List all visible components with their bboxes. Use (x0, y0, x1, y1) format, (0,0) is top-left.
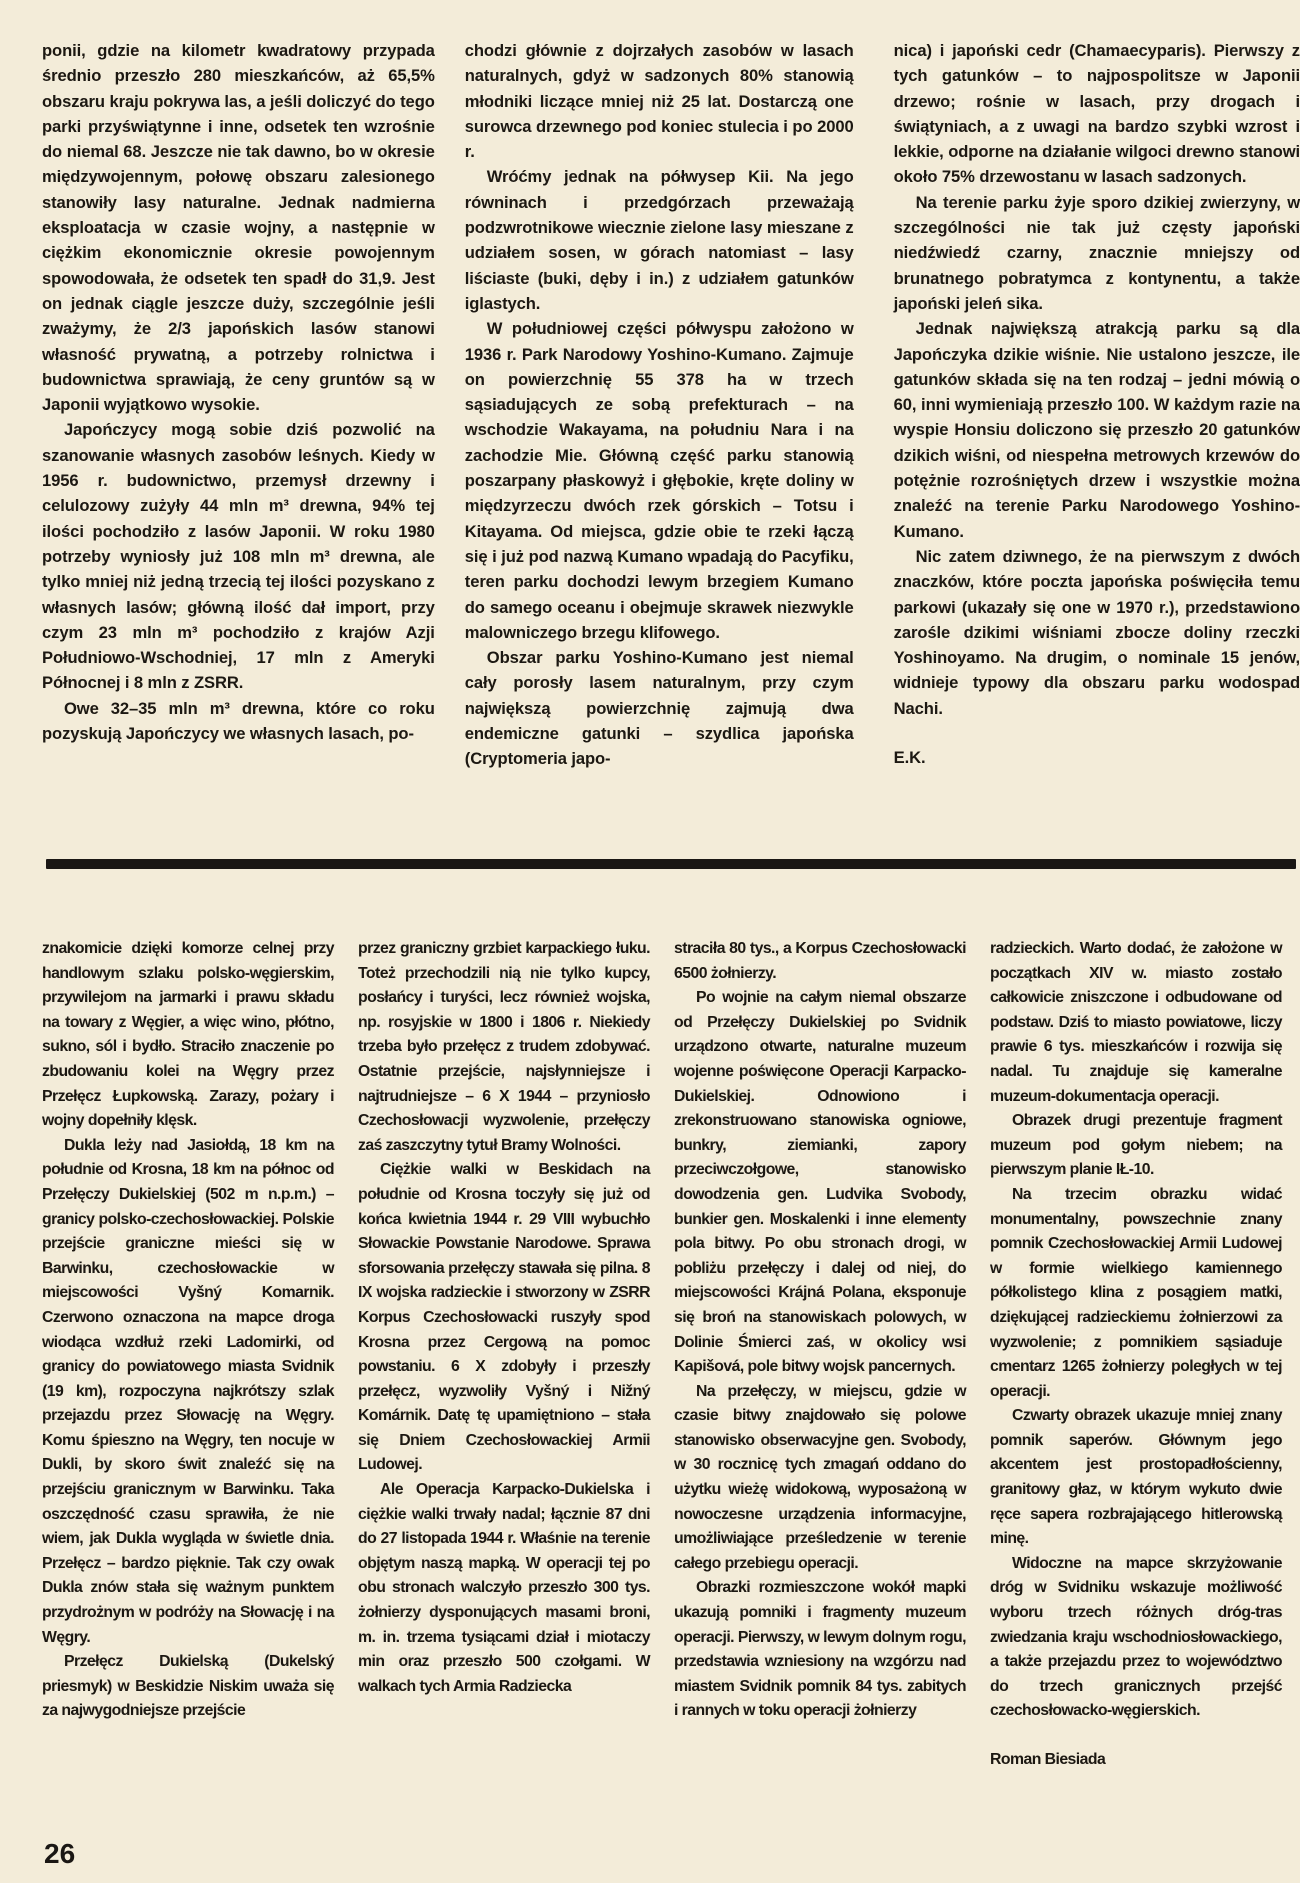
paragraph: Ale Operacja Karpacko-Dukielska i ciężki… (358, 1478, 650, 1699)
paragraph: W południowej części półwyspu założono w… (465, 316, 854, 645)
paragraph: radzieckich. Warto dodać, że założone w … (990, 937, 1282, 1109)
bottom-column-1: znakomicie dzięki komorze celnej przy ha… (42, 937, 334, 1687)
paragraph: Przełęcz Dukielską (Dukelský priesmyk) w… (42, 1650, 334, 1724)
article-top-japan-forests: ponii, gdzie na kilometr kwadratowy przy… (42, 38, 1300, 798)
article-bottom-dukla-pass: znakomicie dzięki komorze celnej przy ha… (42, 937, 1282, 1687)
top-column-2: chodzi głównie z dojrzałych zasobów w la… (465, 38, 854, 798)
paragraph: znakomicie dzięki komorze celnej przy ha… (42, 937, 334, 1134)
paragraph: Widoczne na mapce skrzyżowanie dróg w Sv… (990, 1552, 1282, 1724)
paragraph: Japończycy mogą sobie dziś pozwolić na s… (42, 417, 435, 695)
bottom-column-2: przez graniczny grzbiet karpackiego łuku… (358, 937, 650, 1687)
bottom-column-3: straciła 80 tys., a Korpus Czechosłowack… (674, 937, 966, 1687)
paragraph: Nic zatem dziwnego, że na pierwszym z dw… (894, 544, 1300, 721)
paragraph: Owe 32–35 mln m³ drewna, które co roku p… (42, 696, 435, 747)
paragraph: przez graniczny grzbiet karpackiego łuku… (358, 937, 650, 1158)
section-divider-rule (46, 859, 1296, 869)
page-number: 26 (44, 1838, 75, 1870)
paragraph: Na trzecim obrazku widać monumentalny, p… (990, 1183, 1282, 1404)
author-signature: E.K. (894, 745, 1300, 770)
paragraph: Wróćmy jednak na półwysep Kii. Na jego r… (465, 164, 854, 316)
paragraph: Po wojnie na całym niemal obszarze od Pr… (674, 986, 966, 1380)
paragraph: Na terenie parku żyje sporo dzikiej zwie… (894, 190, 1300, 316)
paragraph: straciła 80 tys., a Korpus Czechosłowack… (674, 937, 966, 986)
author-signature: Roman Biesiada (990, 1748, 1282, 1773)
bottom-column-4: radzieckich. Warto dodać, że założone w … (990, 937, 1282, 1687)
paragraph: nica) i japoński cedr (Chamaecyparis). P… (894, 38, 1300, 190)
paragraph: Dukla leży nad Jasiołdą, 18 km na połudn… (42, 1134, 334, 1650)
top-column-3: nica) i japoński cedr (Chamaecyparis). P… (894, 38, 1300, 798)
paragraph: chodzi głównie z dojrzałych zasobów w la… (465, 38, 854, 164)
paragraph: Obrazek drugi prezentuje fragment muzeum… (990, 1109, 1282, 1183)
magazine-page: ponii, gdzie na kilometr kwadratowy przy… (0, 0, 1300, 1883)
paragraph: Obrazki rozmieszczone wokół mapki ukazuj… (674, 1576, 966, 1724)
paragraph: Jednak największą atrakcją parku są dla … (894, 316, 1300, 544)
top-column-1: ponii, gdzie na kilometr kwadratowy przy… (42, 38, 435, 798)
paragraph: Na przełęczy, w miejscu, gdzie w czasie … (674, 1380, 966, 1577)
paragraph: Czwarty obrazek ukazuje mniej znany pomn… (990, 1404, 1282, 1552)
paragraph: Ciężkie walki w Beskidach na południe od… (358, 1158, 650, 1478)
paragraph: ponii, gdzie na kilometr kwadratowy przy… (42, 38, 435, 417)
paragraph: Obszar parku Yoshino-Kumano jest niemal … (465, 645, 854, 771)
